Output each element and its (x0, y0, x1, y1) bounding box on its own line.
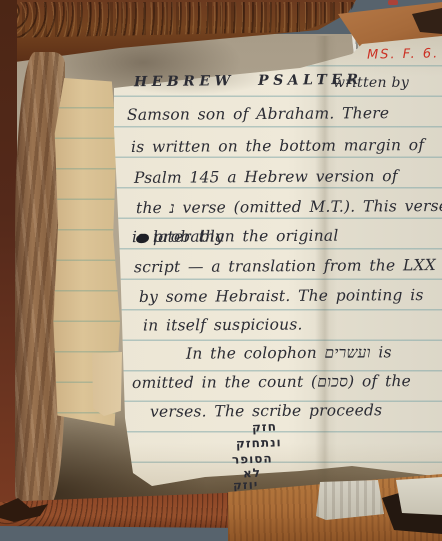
note-heading-suffix: written by (333, 75, 409, 91)
handwritten-line: in itself suspicious. (143, 315, 303, 334)
handwritten-line: is written on the bottom margin of (131, 136, 424, 156)
red-ink-mark (388, 0, 398, 5)
handwritten-line-with-deletion: is probablylater than the original (132, 228, 153, 246)
page-edge-tab (316, 480, 384, 520)
hebrew-colophon-line: ונתחזק (236, 435, 282, 451)
shelfmark-label: MS. F. 6. (367, 46, 439, 62)
handwritten-line: verses. The scribe proceeds (150, 401, 382, 421)
handwritten-line: Psalm 145 a Hebrew version of (134, 167, 398, 187)
paper-guard-fragment (92, 352, 122, 416)
line-text-after-deletion: later than the original (153, 227, 339, 246)
hebrew-colophon-line: הסופר (232, 451, 273, 466)
handwritten-line: the נ verse (omitted M.T.). This verse (136, 197, 442, 218)
handwritten-line: by some Hebraist. The pointing is (139, 286, 424, 306)
hebrew-colophon-line: חזק (252, 419, 278, 434)
book-inside-cover-photo: MS. F. 6. HEBREW PSALTER written by Sams… (0, 0, 442, 541)
note-heading: HEBREW PSALTER (134, 72, 363, 90)
page-edge-tab (396, 477, 442, 515)
handwritten-line: script — a translation from the LXX or V (134, 256, 442, 276)
handwritten-line: Samson son of Abraham. There (127, 104, 389, 124)
leather-tooling-pattern (0, 2, 360, 38)
handwritten-line: In the colophon ועשרים is (186, 343, 392, 363)
handwritten-line: omitted in the count (סכום) of the (132, 372, 411, 393)
